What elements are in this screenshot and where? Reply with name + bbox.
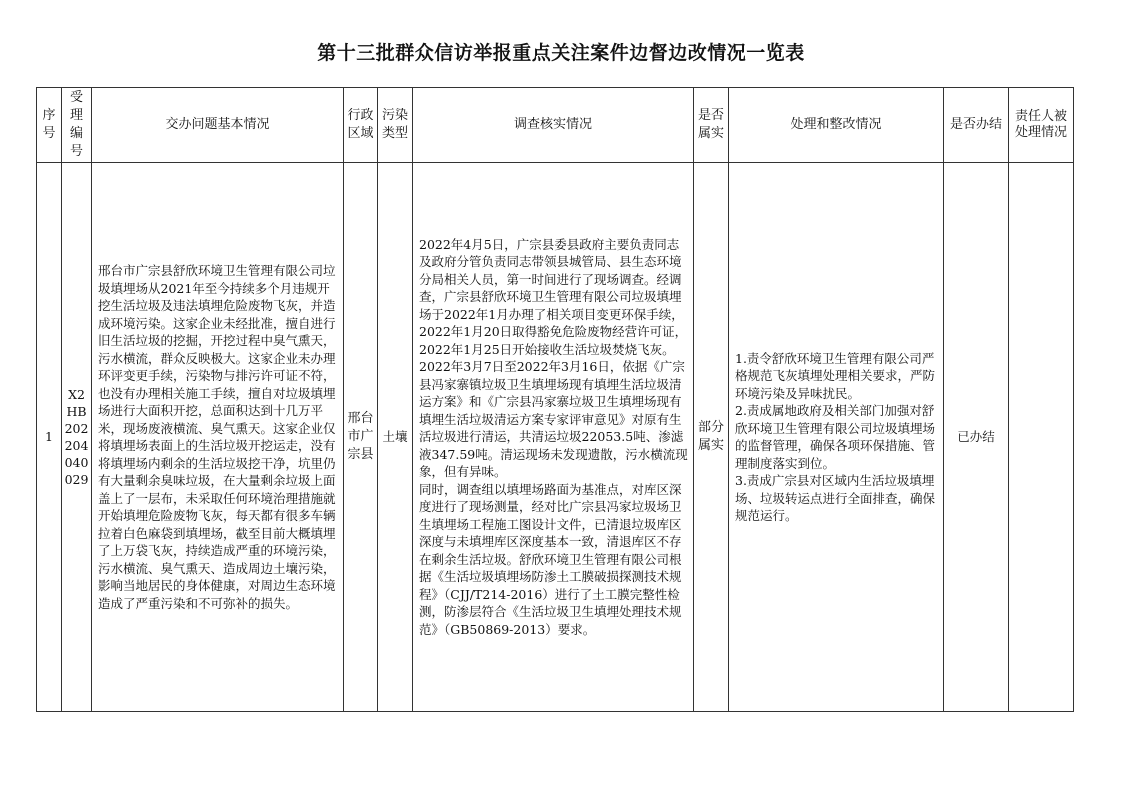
case-table: 序号 受理编号 交办问题基本情况 行政区域 污染类型 调查核实情况 是否属实 处… bbox=[36, 87, 1074, 712]
cell-handling: 1.责令舒欣环境卫生管理有限公司严格规范飞灰填埋处理相关要求，严防环境污染及异味… bbox=[729, 163, 944, 712]
table-row: 1 X2HB202204040029 邢台市广宗县舒欣环境卫生管理有限公司垃圾填… bbox=[37, 163, 1074, 712]
header-seq: 序号 bbox=[37, 88, 62, 163]
header-handling: 处理和整改情况 bbox=[729, 88, 944, 163]
header-closed: 是否办结 bbox=[944, 88, 1009, 163]
handling-item-3: 3.责成广宗县对区域内生活垃圾填埋场、垃圾转运点进行全面排查，确保规范运行。 bbox=[735, 472, 939, 525]
investigation-para-3: 同时，调查组以填埋场路面为基准点，对库区深度进行了现场测量，经对比广宗县冯家垃圾… bbox=[419, 481, 689, 639]
cell-case-id: X2HB202204040029 bbox=[62, 163, 92, 712]
cell-accountability bbox=[1009, 163, 1074, 712]
investigation-para-2: 2022年3月7日至2022年3月16日，依据《广宗县冯家寨镇垃圾卫生填埋场现有… bbox=[419, 358, 689, 481]
cell-closed: 已办结 bbox=[944, 163, 1009, 712]
handling-item-2: 2.责成属地政府及相关部门加强对舒欣环境卫生管理有限公司垃圾填埋场的监督管理，确… bbox=[735, 402, 939, 472]
cell-seq: 1 bbox=[37, 163, 62, 712]
header-row: 序号 受理编号 交办问题基本情况 行政区域 污染类型 调查核实情况 是否属实 处… bbox=[37, 88, 1074, 163]
header-issue: 交办问题基本情况 bbox=[92, 88, 344, 163]
document-title: 第十三批群众信访举报重点关注案件边督边改情况一览表 bbox=[0, 38, 1122, 65]
header-investigation: 调查核实情况 bbox=[413, 88, 694, 163]
cell-issue: 邢台市广宗县舒欣环境卫生管理有限公司垃圾填埋场从2021年至今持续多个月违规开挖… bbox=[92, 163, 344, 712]
cell-verified: 部分属实 bbox=[694, 163, 729, 712]
header-accountability: 责任人被处理情况 bbox=[1009, 88, 1074, 163]
header-case-id: 受理编号 bbox=[62, 88, 92, 163]
cell-investigation: 2022年4月5日，广宗县委县政府主要负责同志及政府分管负责同志带领县城管局、县… bbox=[413, 163, 694, 712]
cell-region: 邢台市广宗县 bbox=[344, 163, 378, 712]
handling-item-1: 1.责令舒欣环境卫生管理有限公司严格规范飞灰填埋处理相关要求，严防环境污染及异味… bbox=[735, 350, 939, 403]
cell-pollution-type: 土壤 bbox=[378, 163, 413, 712]
header-pollution-type: 污染类型 bbox=[378, 88, 413, 163]
header-verified: 是否属实 bbox=[694, 88, 729, 163]
header-region: 行政区域 bbox=[344, 88, 378, 163]
investigation-para-1: 2022年4月5日，广宗县委县政府主要负责同志及政府分管负责同志带领县城管局、县… bbox=[419, 236, 689, 359]
